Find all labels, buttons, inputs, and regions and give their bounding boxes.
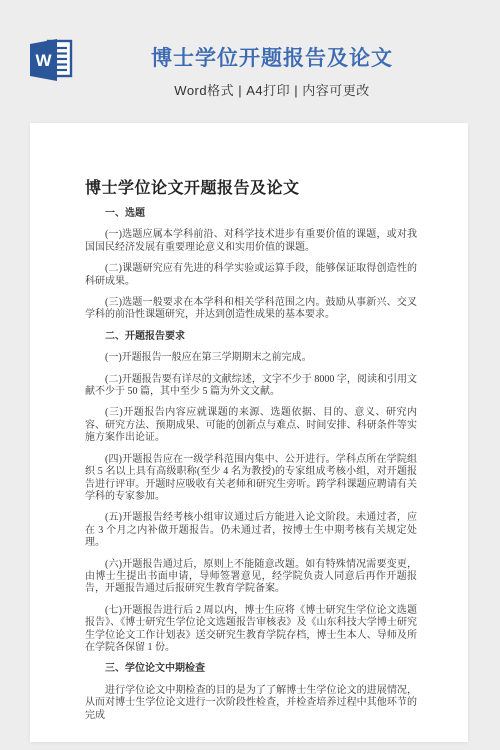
section-heading-3: 三、学位论文中期检查 (85, 663, 417, 675)
paragraph: (一)开题报告一般应在第三学期期末之前完成。 (85, 352, 417, 364)
word-icon-letter: W (35, 51, 52, 70)
paragraph: (一)选题应属本学科前沿、对科学技术进步有重要价值的课题，或对我国国民经济发展有… (85, 229, 417, 254)
paragraph: (五)开题报告经考核小组审议通过后方能进入论文阶段。未通过者，应在 3 个月之内… (85, 512, 417, 549)
document-content: 博士学位论文开题报告及论文 一、选题 (一)选题应属本学科前沿、对科学技术进步有… (30, 123, 468, 722)
header: W 博士学位开题报告及论文 Word格式 | A4打印 | 内容可更改 (0, 0, 500, 99)
paragraph: (二)课题研究应有先进的科学实验或运算手段，能够保证取得创造性的科研成果。 (85, 263, 417, 288)
paragraph: (七)开题报告进行后 2 周以内，博士生应将《博士研究生学位论文选题报告》、《博… (85, 605, 417, 655)
paragraph: 进行学位论文中期检查的目的是为了了解博士生学位论文的进展情况，从而对博士生学位论… (85, 685, 417, 722)
section-heading-1: 一、选题 (85, 208, 417, 220)
paragraph: (三)开题报告内容应就课题的来源、选题依据、目的、意义、研究内容、研究方法、预期… (85, 407, 417, 444)
document-title: 博士学位论文开题报告及论文 (85, 179, 417, 199)
template-title: 博士学位开题报告及论文 (44, 42, 500, 72)
paragraph: (三)选题一般要求在本学科和相关学科范围之内。鼓励从事新兴、交叉学科的前沿性课题… (85, 297, 417, 322)
template-subtitle: Word格式 | A4打印 | 内容可更改 (44, 80, 500, 99)
word-icon: W (28, 37, 76, 83)
paragraph: (二)开题报告要有详尽的文献综述，文字不少于 8000 字，阅读和引用文献不少于… (85, 374, 417, 399)
paragraph: (六)开题报告通过后，原则上不能随意改题。如有特殊情况需要变更，由博士生提出书面… (85, 559, 417, 596)
template-preview-screen: W 博士学位开题报告及论文 Word格式 | A4打印 | 内容可更改 博士学位… (0, 0, 500, 99)
section-heading-2: 二、开题报告要求 (85, 331, 417, 343)
document-page: 博士学位论文开题报告及论文 一、选题 (一)选题应属本学科前沿、对科学技术进步有… (30, 123, 468, 742)
paragraph: (四)开题报告应在一级学科范围内集中、公开进行。学科点所在学院组织 5 名以上具… (85, 454, 417, 504)
